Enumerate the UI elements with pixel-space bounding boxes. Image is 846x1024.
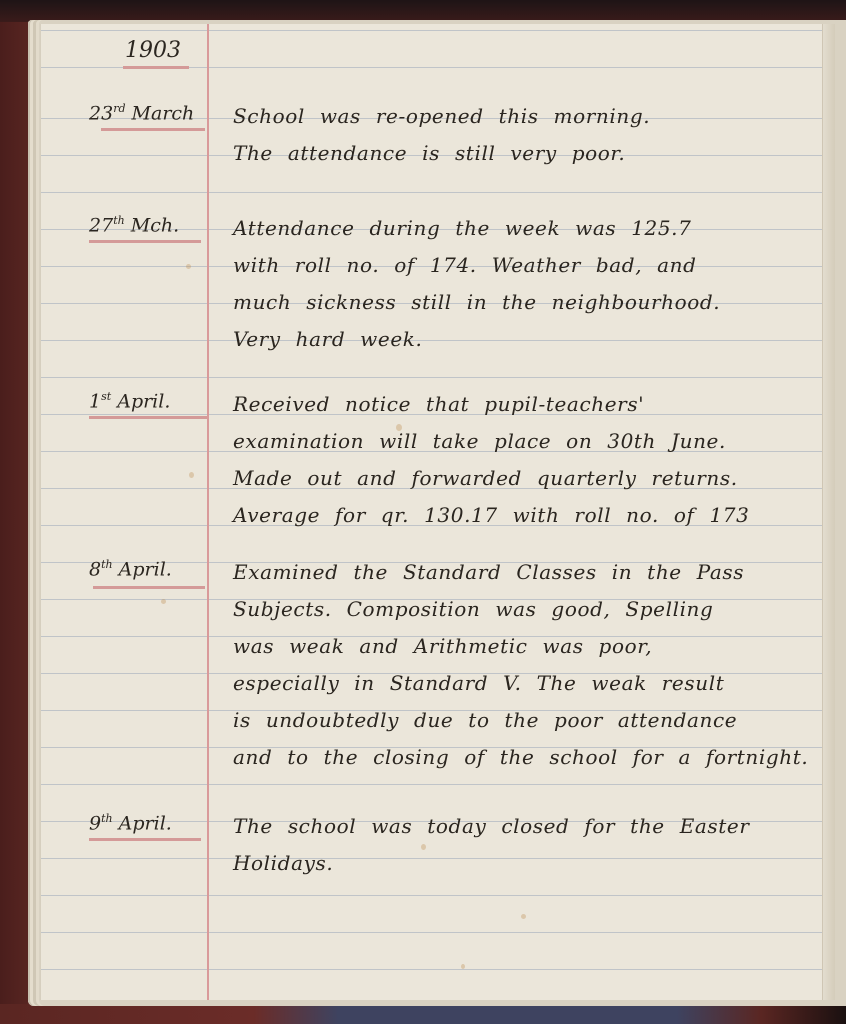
facing-page-edge <box>822 24 835 1000</box>
entry-text: Examined the Standard Classes in the Pas… <box>233 554 815 776</box>
entry-line: Made out and forwarded quarterly returns… <box>233 460 815 497</box>
year-heading: 1903 <box>125 38 181 63</box>
entry-line: examination will take place on 30th June… <box>233 423 815 460</box>
entry-line: Examined the Standard Classes in the Pas… <box>233 554 815 591</box>
margin-rule <box>207 24 209 1000</box>
entry-line: Subjects. Composition was good, Spelling <box>233 591 815 628</box>
paper-stain <box>521 914 526 919</box>
paper-stain <box>461 964 465 969</box>
entry-text: The school was today closed for the East… <box>233 808 815 882</box>
entry-line: Attendance during the week was 125.7 <box>233 210 815 247</box>
entry-date: 27th Mch. <box>89 214 179 236</box>
paper-stain <box>189 472 194 478</box>
book-cover-bottom-edge <box>0 1004 846 1024</box>
date-underline <box>89 416 207 419</box>
paper-stain <box>161 599 166 604</box>
date-underline <box>101 128 205 131</box>
entry-date: 1st April. <box>89 390 170 412</box>
entry-line: The attendance is still very poor. <box>233 135 815 172</box>
entry-line: Holidays. <box>233 845 815 882</box>
logbook-page: 1903 23rd March School was re-opened thi… <box>40 24 835 1000</box>
entry-line: with roll no. of 174. Weather bad, and <box>233 247 815 284</box>
entry-line: was weak and Arithmetic was poor, <box>233 628 815 665</box>
book-cover-top-edge <box>0 0 846 22</box>
entry-date: 23rd March <box>89 102 194 124</box>
date-underline <box>89 240 201 243</box>
date-underline <box>93 586 205 589</box>
year-underline <box>123 66 189 69</box>
entry-text: Received notice that pupil-teachers' exa… <box>233 386 815 534</box>
entry-line: especially in Standard V. The weak resul… <box>233 665 815 702</box>
entry-text: Attendance during the week was 125.7 wit… <box>233 210 815 358</box>
entry-text: School was re-opened this morning. The a… <box>233 98 815 172</box>
entry-date: 9th April. <box>89 812 172 834</box>
entry-line: is undoubtedly due to the poor attendanc… <box>233 702 815 739</box>
entry-line: The school was today closed for the East… <box>233 808 815 845</box>
entry-line: Received notice that pupil-teachers' <box>233 386 815 423</box>
entry-line: and to the closing of the school for a f… <box>233 739 815 776</box>
entry-line: Average for qr. 130.17 with roll no. of … <box>233 497 815 534</box>
entry-line: much sickness still in the neighbourhood… <box>233 284 815 321</box>
entry-line: Very hard week. <box>233 321 815 358</box>
date-underline <box>89 838 201 841</box>
entry-line: School was re-opened this morning. <box>233 98 815 135</box>
paper-stain <box>186 264 191 269</box>
entry-date: 8th April. <box>89 558 172 580</box>
